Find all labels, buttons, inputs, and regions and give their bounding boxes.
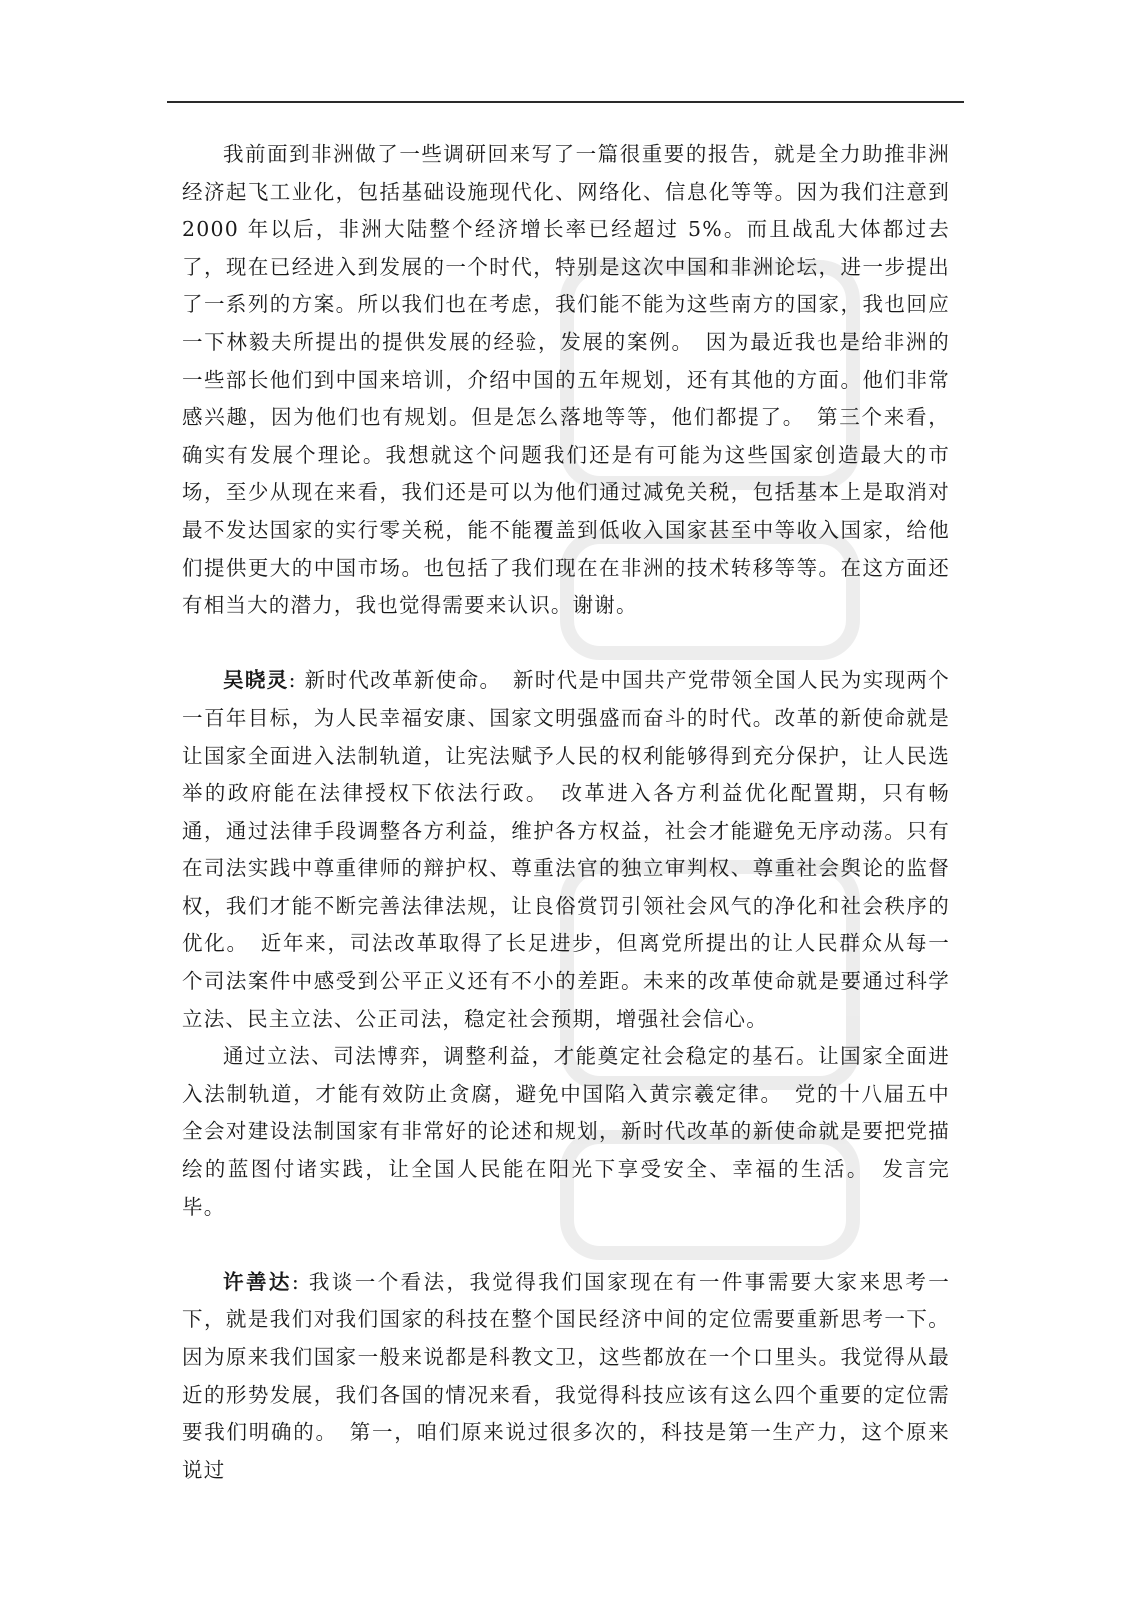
paragraph-text: 通过立法、司法博弈，调整利益，才能奠定社会稳定的基石。让国家全面进入法制轨道，才… [182,1044,950,1218]
header-rule [167,101,964,103]
paragraph-speaker-wu: 吴晓灵: 新时代改革新使命。 新时代是中国共产党带领全国人民为实现两个一百年目标… [182,662,950,1038]
paragraph-speaker-xu: 许善达: 我谈一个看法，我觉得我们国家现在有一件事需要大家来思考一下，就是我们对… [182,1264,950,1490]
speaker-separator: : [289,668,297,692]
paragraph-gap [182,1226,950,1264]
speaker-separator: : [292,1270,300,1294]
paragraph-intro: 我前面到非洲做了一些调研回来写了一篇很重要的报告，就是全力助推非洲经济起飞工业化… [182,136,950,625]
speaker-name: 许善达 [223,1270,292,1294]
paragraph-text: 新时代改革新使命。 新时代是中国共产党带领全国人民为实现两个一百年目标，为人民幸… [182,668,950,1030]
paragraph-text: 我谈一个看法，我觉得我们国家现在有一件事需要大家来思考一下，就是我们对我们国家的… [182,1270,950,1482]
paragraph-continuation: 通过立法、司法博弈，调整利益，才能奠定社会稳定的基石。让国家全面进入法制轨道，才… [182,1038,950,1226]
speaker-name: 吴晓灵 [223,668,289,692]
document-body: 我前面到非洲做了一些调研回来写了一篇很重要的报告，就是全力助推非洲经济起飞工业化… [182,136,950,1489]
paragraph-gap [182,625,950,663]
paragraph-text: 我前面到非洲做了一些调研回来写了一篇很重要的报告，就是全力助推非洲经济起飞工业化… [182,142,950,617]
